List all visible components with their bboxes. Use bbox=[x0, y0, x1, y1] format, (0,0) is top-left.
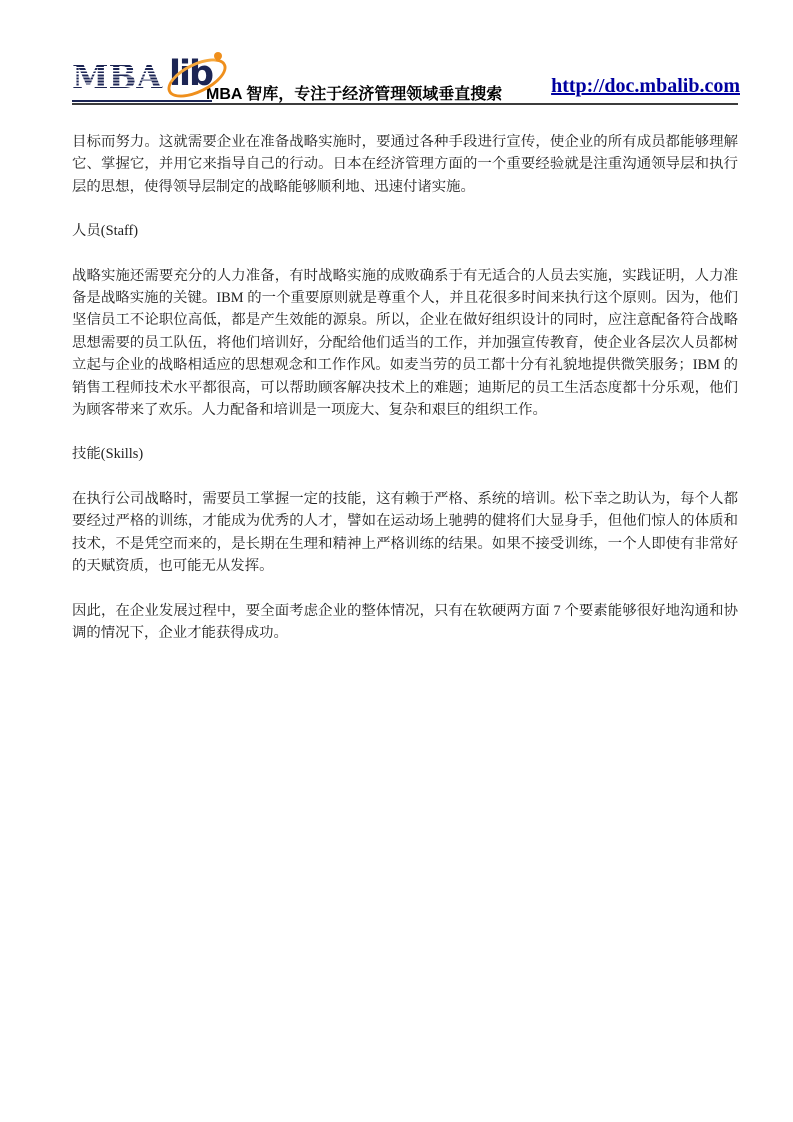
logo-underline bbox=[72, 100, 212, 102]
mbalib-logo: MBA lib bbox=[72, 52, 212, 102]
heading-staff: 人员(Staff) bbox=[72, 220, 738, 242]
document-body: 目标而努力。这就需要企业在准备战略实施时，要通过各种手段进行宣传，使企业的所有成… bbox=[72, 131, 738, 666]
paragraph-strategy-communication: 目标而努力。这就需要企业在准备战略实施时，要通过各种手段进行宣传，使企业的所有成… bbox=[72, 131, 738, 198]
paragraph-conclusion: 因此，在企业发展过程中，要全面考虑企业的整体情况，只有在软硬两方面 7 个要素能… bbox=[72, 600, 738, 645]
site-tagline: MBA 智库，专注于经济管理领域垂直搜索 bbox=[206, 81, 502, 104]
paragraph-skills: 在执行公司战略时，需要员工掌握一定的技能，这有赖于严格、系统的培训。松下幸之助认… bbox=[72, 488, 738, 578]
heading-skills: 技能(Skills) bbox=[72, 443, 738, 465]
document-page: MBA lib MBA 智库，专注于经济管理领域垂直搜索 http://doc.… bbox=[0, 0, 793, 1122]
paragraph-staff: 战略实施还需要充分的人力准备，有时战略实施的成败确系于有无适合的人员去实施，实践… bbox=[72, 265, 738, 422]
header-divider bbox=[72, 103, 738, 105]
logo-lib-text: lib bbox=[169, 54, 212, 94]
site-url-link[interactable]: http://doc.mbalib.com bbox=[551, 75, 740, 98]
logo-lib-group: lib bbox=[169, 52, 212, 96]
orbit-dot-icon bbox=[214, 52, 222, 60]
logo-mba-text: MBA bbox=[72, 60, 162, 96]
